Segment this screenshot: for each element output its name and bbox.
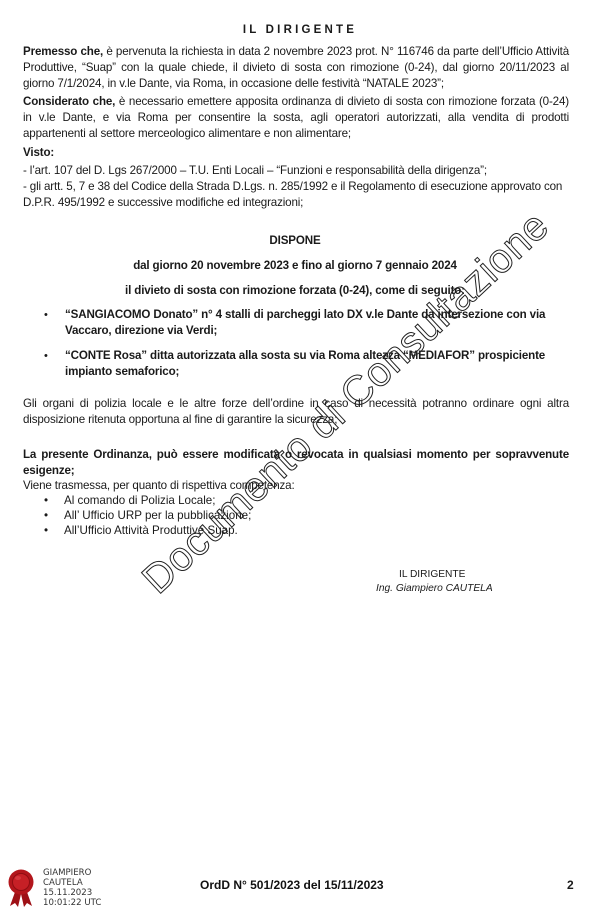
visto-item-2: - gli artt. 5, 7 e 38 del Codice della S…	[23, 179, 569, 211]
considerato-lead: Considerato che,	[23, 95, 115, 108]
trasmessa-item-text: Al comando di Polizia Locale;	[64, 493, 215, 508]
considerato-paragraph: Considerato che, è necessario emettere a…	[23, 94, 569, 142]
revoca-paragraph: La presente Ordinanza, può essere modifi…	[23, 447, 569, 479]
ordinance-reference: OrdD N° 501/2023 del 15/11/2023	[200, 878, 384, 892]
bullet-icon: •	[44, 523, 48, 538]
page-title: IL DIRIGENTE	[0, 24, 600, 36]
dispone-period: dal giorno 20 novembre 2023 e fino al gi…	[0, 258, 590, 274]
signer-last-name: CAUTELA	[43, 878, 101, 888]
signer-first-name: GIAMPIERO	[43, 868, 101, 878]
trasmessa-item-text: All’Ufficio Attività Produttive Suap.	[64, 523, 238, 538]
wax-seal-icon	[6, 868, 36, 908]
bullet-icon: •	[44, 508, 48, 523]
trasmessa-item-text: All’ Ufficio URP per la pubblicazione;	[64, 508, 251, 523]
signature-time: 10:01:22 UTC	[43, 898, 101, 908]
trasmessa-intro: Viene trasmessa, per quanto di rispettiv…	[23, 478, 569, 494]
premesso-text: è pervenuta la richiesta in data 2 novem…	[23, 45, 569, 90]
dispone-intro: il divieto di sosta con rimozione forzat…	[0, 283, 590, 299]
digital-signature-info: GIAMPIERO CAUTELA 15.11.2023 10:01:22 UT…	[43, 868, 101, 908]
bullet-icon: •	[44, 307, 48, 323]
dispone-item-text: “CONTE Rosa” ditta autorizzata alla sost…	[65, 348, 569, 380]
signature-role: IL DIRIGENTE	[300, 568, 600, 582]
dispone-item-text: “SANGIACOMO Donato” n° 4 stalli di parch…	[65, 307, 569, 339]
visto-label: Visto:	[23, 145, 569, 161]
premesso-lead: Premesso che,	[23, 45, 103, 58]
signature-name: Ing. Giampiero CAUTELA	[300, 582, 600, 596]
visto-item-1: - l’art. 107 del D. Lgs 267/2000 – T.U. …	[23, 163, 569, 179]
bullet-icon: •	[44, 493, 48, 508]
premesso-paragraph: Premesso che, è pervenuta la richiesta i…	[23, 44, 569, 92]
document-page: IL DIRIGENTE Premesso che, è pervenuta l…	[0, 0, 600, 912]
organi-paragraph: Gli organi di polizia locale e le altre …	[23, 396, 569, 428]
dispone-heading: DISPONE	[0, 233, 590, 249]
page-number: 2	[567, 878, 574, 892]
signature-date: 15.11.2023	[43, 888, 101, 898]
bullet-icon: •	[44, 348, 48, 364]
